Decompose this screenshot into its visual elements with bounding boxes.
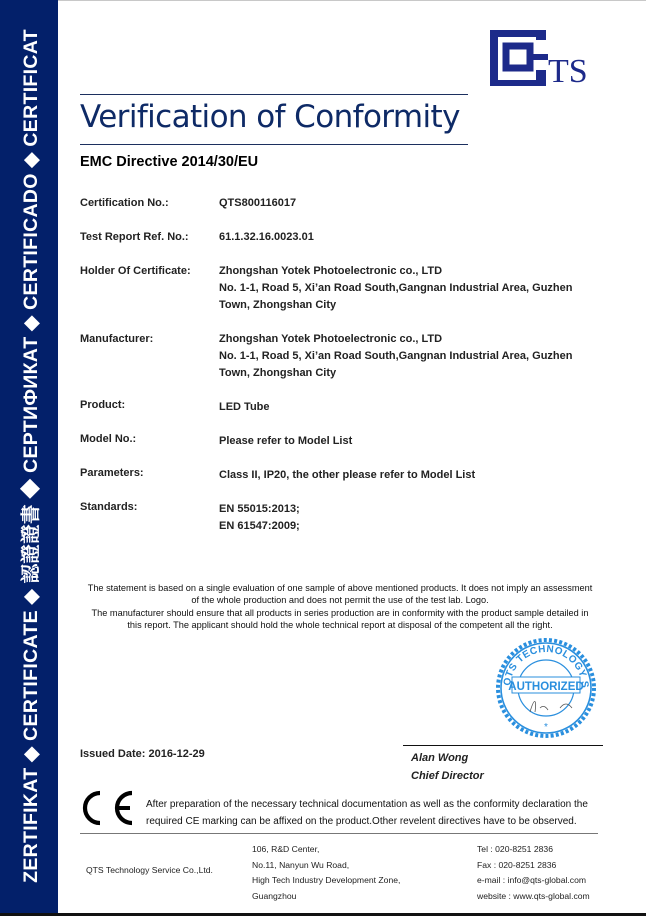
footer-website: website : www.qts-global.com: [477, 889, 590, 905]
field-label: Manufacturer:: [80, 331, 220, 348]
field-value: EN 55015:2013;EN 61547:2009;: [219, 501, 599, 535]
field-value: Zhongshan Yotek Photoelectronic co., LTD…: [219, 331, 599, 382]
field-value: Class II, IP20, the other please refer t…: [219, 467, 599, 484]
footer-contact: Tel : 020-8251 2836 Fax : 020-8251 2836 …: [477, 842, 590, 904]
title-rule-top: [80, 94, 468, 95]
qts-logo-icon: TS: [484, 24, 604, 90]
field-value: LED Tube: [219, 399, 599, 416]
signature-line: [403, 745, 603, 746]
field-value: 61.1.32.16.0023.01: [219, 229, 599, 246]
field-value: Zhongshan Yotek Photoelectronic co., LTD…: [219, 263, 599, 314]
field-label: Parameters:: [80, 465, 220, 482]
svg-text:TS: TS: [548, 53, 588, 90]
footer-address: 106, R&D Center, No.11, Nanyun Wu Road, …: [252, 842, 400, 904]
footer-tel: Tel : 020-8251 2836: [477, 842, 590, 858]
field-label: Test Report Ref. No.:: [80, 229, 220, 246]
issued-date: Issued Date: 2016-12-29: [80, 748, 205, 760]
signer-block: Alan Wong Chief Director: [411, 749, 484, 785]
footer-company: QTS Technology Service Co.,Ltd.: [86, 865, 213, 875]
page-title: Verification of Conformity: [80, 99, 470, 135]
signer-name: Alan Wong: [411, 749, 484, 767]
field-label: Standards:: [80, 499, 220, 516]
svg-text:*: *: [544, 722, 548, 733]
svg-text:AUTHORIZED: AUTHORIZED: [508, 681, 583, 693]
authorized-stamp-icon: QTS TECHNOLOGY SERVICE CO.,LTD AUTHORIZE…: [490, 634, 602, 738]
field-label: Holder Of Certificate:: [80, 263, 220, 280]
top-border: [58, 0, 646, 1]
footer-fax: Fax : 020-8251 2836: [477, 858, 590, 874]
signer-title: Chief Director: [411, 767, 484, 785]
field-label: Certification No.:: [80, 195, 220, 212]
ce-mark-icon: [82, 790, 138, 826]
sidebar-multilingual-text: ZERTIFIKAT ◆ CERTIFICATE ◆ 認證證書 ◆ СЕРТИФ…: [15, 29, 43, 883]
ce-statement: After preparation of the necessary techn…: [146, 796, 588, 830]
field-value: QTS800116017: [219, 195, 599, 212]
footer-rule: [80, 833, 598, 834]
field-label: Product:: [80, 397, 220, 414]
field-label: Model No.:: [80, 431, 220, 448]
title-rule-bottom: [80, 144, 468, 145]
field-value: Please refer to Model List: [219, 433, 599, 450]
directive-heading: EMC Directive 2014/30/EU: [80, 154, 258, 170]
footer-email: e-mail : info@qts-global.com: [477, 873, 590, 889]
disclaimer-statement: The statement is based on a single evalu…: [82, 582, 598, 631]
certificate-sidebar: ZERTIFIKAT ◆ CERTIFICATE ◆ 認證證書 ◆ СЕРТИФ…: [0, 0, 58, 913]
